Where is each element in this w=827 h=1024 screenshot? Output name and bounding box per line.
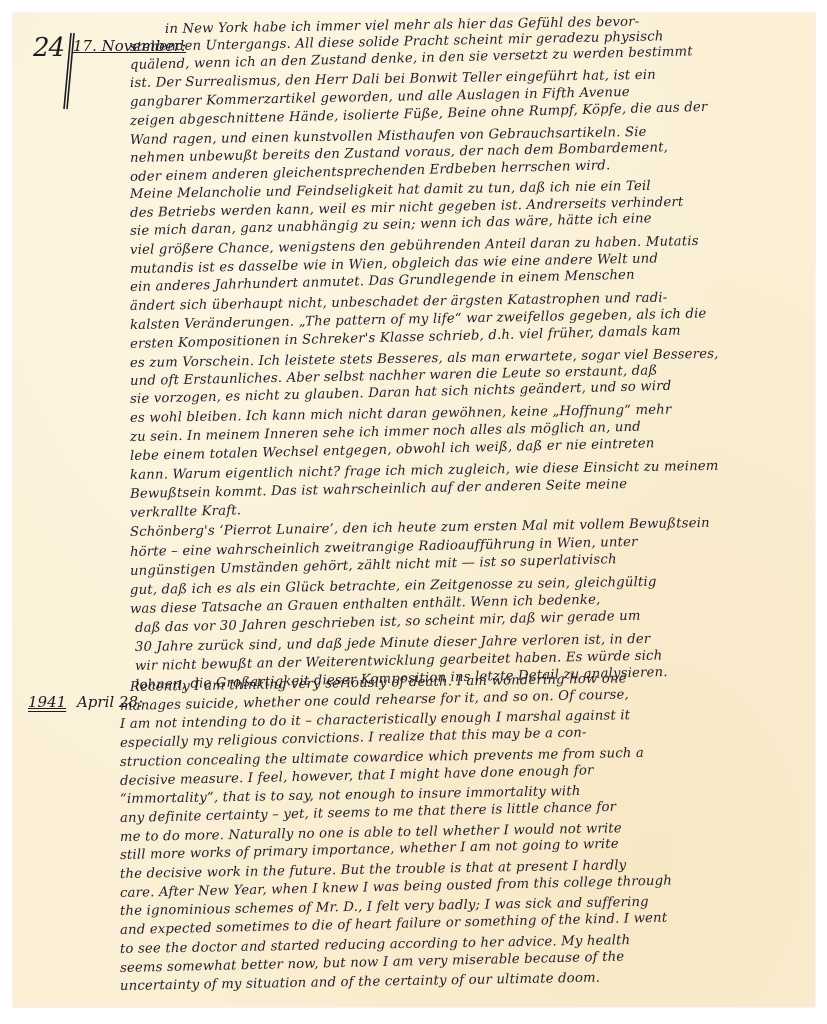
page-number: 24: [33, 33, 64, 63]
diary-page: 24 17. November: in New York habe ich im…: [13, 13, 815, 1007]
entry-year: 1941: [28, 693, 66, 711]
